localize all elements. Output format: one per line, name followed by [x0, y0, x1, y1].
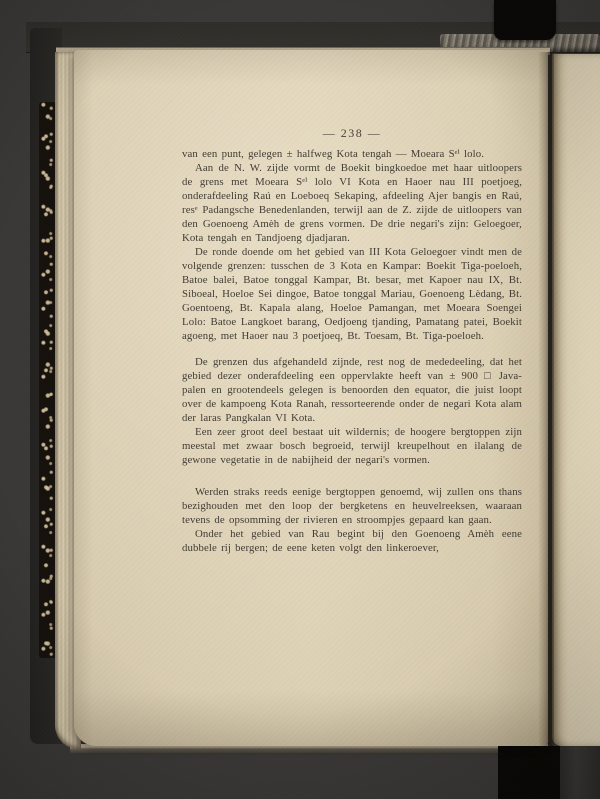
bottom-right-cover-edge: [560, 746, 600, 799]
scanned-book-photo: — 238 — van een punt, gelegen ± halfweg …: [0, 0, 600, 799]
spine-gap: [494, 0, 556, 40]
text-column: van een punt, gelegen ± halfweg Kota ten…: [182, 147, 522, 555]
bottom-gutter-gap: [498, 746, 560, 799]
paragraph: Werden straks reeds eenige bergtoppen ge…: [182, 485, 522, 527]
page-number: — 238 —: [182, 126, 522, 141]
paragraph: van een punt, gelegen ± halfweg Kota ten…: [182, 147, 522, 161]
left-page: — 238 — van een punt, gelegen ± halfweg …: [74, 50, 548, 746]
right-page-sliver: [552, 54, 600, 746]
paragraph: Aan de N. W. zijde vormt de Boekit bingk…: [182, 161, 522, 245]
paragraph: De grenzen dus afgehandeld zijnde, rest …: [182, 355, 522, 425]
paragraph: Onder het gebied van Rau begint bij den …: [182, 527, 522, 555]
paragraph: De ronde doende om het gebied van III Ko…: [182, 245, 522, 343]
gutter-shadow: [538, 52, 554, 746]
paragraph: Een zeer groot deel bestaat uit wilderni…: [182, 425, 522, 467]
